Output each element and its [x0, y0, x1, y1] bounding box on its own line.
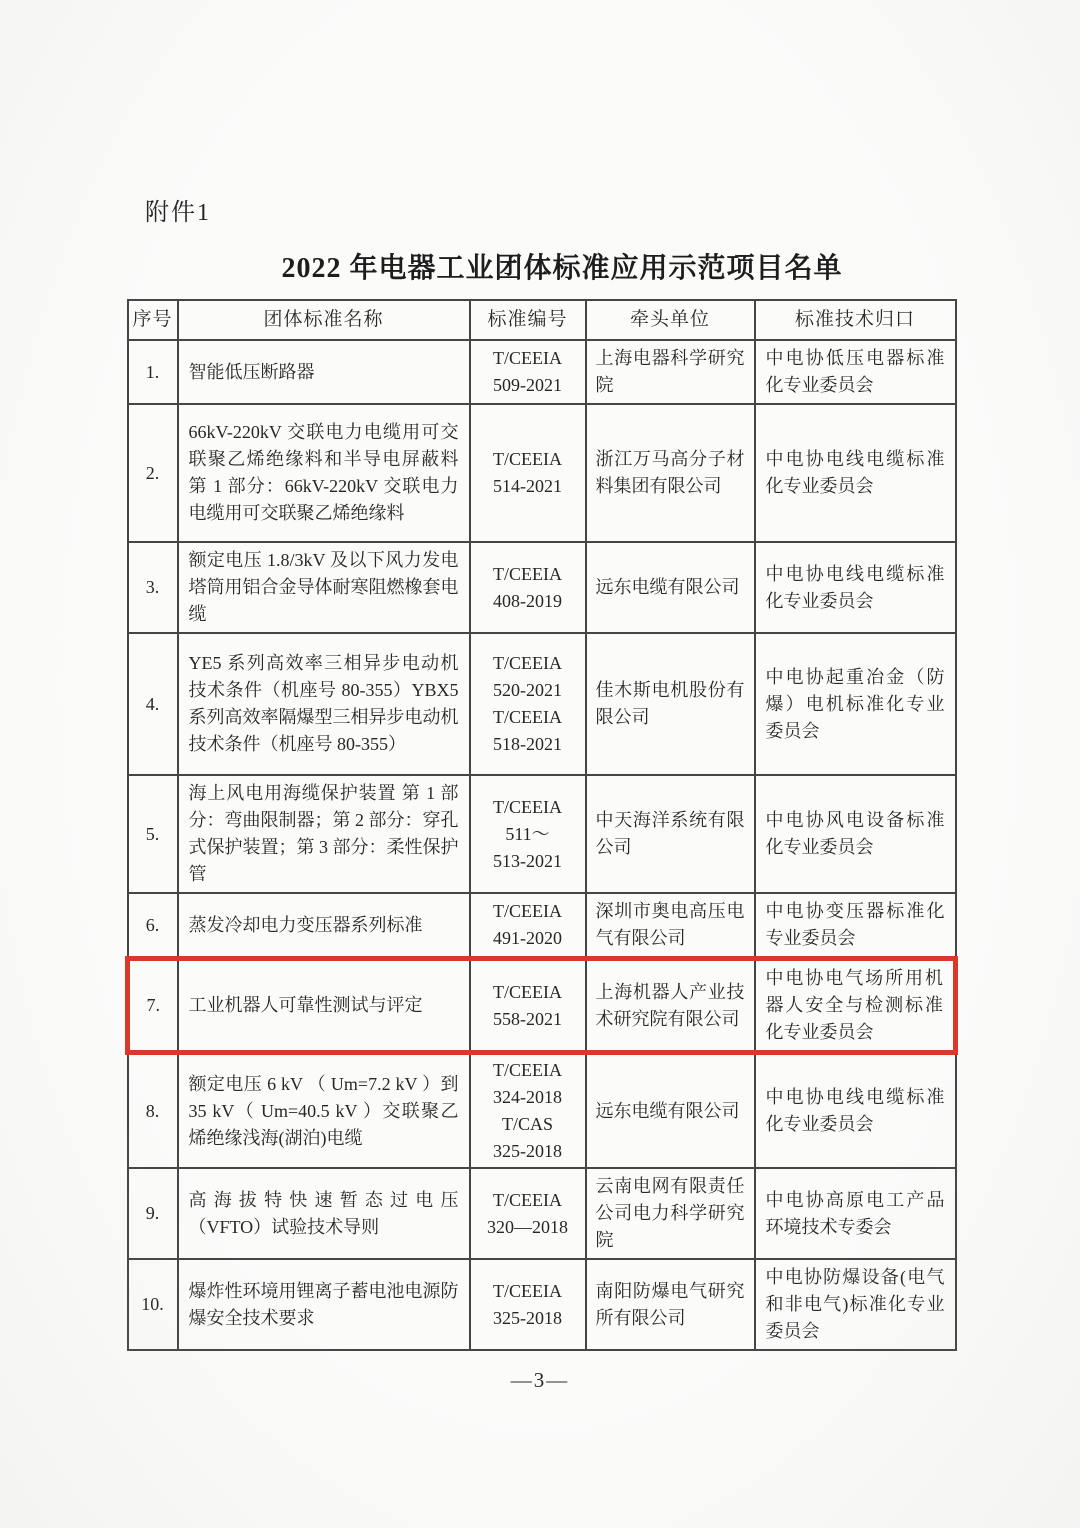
row-number: 8.	[128, 1053, 178, 1169]
standard-code: T/CEEIA 514-2021	[470, 404, 586, 542]
table-row: 4. YE5 系列高效率三相异步电动机技术条件（机座号 80-355）YBX5 …	[128, 633, 956, 775]
lead-unit: 上海机器人产业技术研究院有限公司	[586, 959, 755, 1053]
standard-name: 蒸发冷却电力变压器系列标准	[178, 893, 470, 959]
table-row: 2. 66kV-220kV 交联电力电缆用可交联聚乙烯绝缘料和半导电屏蔽料 第 …	[128, 404, 956, 542]
lead-unit: 远东电缆有限公司	[586, 542, 755, 633]
standard-name: 额定电压 6 kV （ Um=7.2 kV ）到 35 kV（ Um=40.5 …	[178, 1053, 470, 1169]
standard-tech-scope: 中电协电线电缆标准化专业委员会	[755, 1053, 956, 1169]
standard-tech-scope: 中电协电气场所用机器人安全与检测标准化专业委员会	[755, 959, 956, 1053]
standard-tech-scope: 中电协风电设备标准化专业委员会	[755, 775, 956, 893]
standard-name: YE5 系列高效率三相异步电动机技术条件（机座号 80-355）YBX5 系列高…	[178, 633, 470, 775]
standard-code: T/CEEIA 325-2018	[470, 1259, 586, 1350]
row-number: 6.	[128, 893, 178, 959]
row-number: 5.	[128, 775, 178, 893]
header-code: 标准编号	[470, 300, 586, 340]
standard-name: 额定电压 1.8/3kV 及以下风力发电塔筒用铝合金导体耐寒阻燃橡套电缆	[178, 542, 470, 633]
header-name: 团体标准名称	[178, 300, 470, 340]
standards-table-body: 1. 智能低压断路器 T/CEEIA 509-2021 上海电器科学研究院 中电…	[128, 340, 956, 1350]
lead-unit: 远东电缆有限公司	[586, 1053, 755, 1169]
standards-table: 序号 团体标准名称 标准编号 牵头单位 标准技术归口 1. 智能低压断路器 T/…	[125, 299, 958, 1351]
standard-name: 工业机器人可靠性测试与评定	[178, 959, 470, 1053]
table-row: 8. 额定电压 6 kV （ Um=7.2 kV ）到 35 kV（ Um=40…	[128, 1053, 956, 1169]
standard-code: T/CEEIA 509-2021	[470, 340, 586, 404]
lead-unit: 浙江万马高分子材料集团有限公司	[586, 404, 755, 542]
standard-tech-scope: 中电协低压电器标准化专业委员会	[755, 340, 956, 404]
standard-tech-scope: 中电协电线电缆标准化专业委员会	[755, 404, 956, 542]
standard-tech-scope: 中电协电线电缆标准化专业委员会	[755, 542, 956, 633]
standard-code: T/CEEIA 408-2019	[470, 542, 586, 633]
page-number: —3—	[0, 1368, 1080, 1393]
row-number: 3.	[128, 542, 178, 633]
table-row: 9. 高海拔特快速暂态过电压（VFTO）试验技术导则 T/CEEIA 320—2…	[128, 1168, 956, 1259]
standard-code: T/CEEIA 491-2020	[470, 893, 586, 959]
row-number: 2.	[128, 404, 178, 542]
attachment-label: 附件1	[145, 192, 211, 227]
standard-name: 智能低压断路器	[178, 340, 470, 404]
standard-name: 66kV-220kV 交联电力电缆用可交联聚乙烯绝缘料和半导电屏蔽料 第 1 部…	[178, 404, 470, 542]
lead-unit: 中天海洋系统有限公司	[586, 775, 755, 893]
header-lead: 牵头单位	[586, 300, 755, 340]
table-row: 5. 海上风电用海缆保护装置 第 1 部分：弯曲限制器；第 2 部分：穿孔式保护…	[128, 775, 956, 893]
table-row: 6. 蒸发冷却电力变压器系列标准 T/CEEIA 491-2020 深圳市奥电高…	[128, 893, 956, 959]
standard-code: T/CEEIA 558-2021	[470, 959, 586, 1053]
table-row: 1. 智能低压断路器 T/CEEIA 509-2021 上海电器科学研究院 中电…	[128, 340, 956, 404]
lead-unit: 南阳防爆电气研究所有限公司	[586, 1259, 755, 1350]
row-number: 7.	[128, 959, 178, 1053]
row-number: 1.	[128, 340, 178, 404]
standard-tech-scope: 中电协变压器标准化专业委员会	[755, 893, 956, 959]
standard-code: T/CEEIA 511～ 513-2021	[470, 775, 586, 893]
lead-unit: 深圳市奥电高压电气有限公司	[586, 893, 755, 959]
lead-unit: 云南电网有限责任公司电力科学研究院	[586, 1168, 755, 1259]
standard-tech-scope: 中电协防爆设备(电气和非电气)标准化专业委员会	[755, 1259, 956, 1350]
standard-code: T/CEEIA 324-2018 T/CAS 325-2018	[470, 1053, 586, 1169]
row-number: 4.	[128, 633, 178, 775]
page-title: 2022 年电器工业团体标准应用示范项目名单	[22, 246, 1080, 286]
row-number: 10.	[128, 1259, 178, 1350]
table-row: 7. 工业机器人可靠性测试与评定 T/CEEIA 558-2021 上海机器人产…	[128, 959, 956, 1053]
header-scope: 标准技术归口	[755, 300, 956, 340]
standard-name: 高海拔特快速暂态过电压（VFTO）试验技术导则	[178, 1168, 470, 1259]
lead-unit: 上海电器科学研究院	[586, 340, 755, 404]
row-number: 9.	[128, 1168, 178, 1259]
standard-tech-scope: 中电协高原电工产品环境技术专委会	[755, 1168, 956, 1259]
standard-tech-scope: 中电协起重冶金（防爆）电机标准化专业委员会	[755, 633, 956, 775]
lead-unit: 佳木斯电机股份有限公司	[586, 633, 755, 775]
header-no: 序号	[128, 300, 178, 340]
table-row: 10. 爆炸性环境用锂离子蓄电池电源防爆安全技术要求 T/CEEIA 325-2…	[128, 1259, 956, 1350]
standard-name: 爆炸性环境用锂离子蓄电池电源防爆安全技术要求	[178, 1259, 470, 1350]
table-row: 3. 额定电压 1.8/3kV 及以下风力发电塔筒用铝合金导体耐寒阻燃橡套电缆 …	[128, 542, 956, 633]
table-header: 序号 团体标准名称 标准编号 牵头单位 标准技术归口	[128, 300, 956, 340]
standard-code: T/CEEIA 520-2021 T/CEEIA 518-2021	[470, 633, 586, 775]
standard-name: 海上风电用海缆保护装置 第 1 部分：弯曲限制器；第 2 部分：穿孔式保护装置；…	[178, 775, 470, 893]
table-header-row: 序号 团体标准名称 标准编号 牵头单位 标准技术归口	[128, 300, 956, 340]
standard-code: T/CEEIA 320—2018	[470, 1168, 586, 1259]
